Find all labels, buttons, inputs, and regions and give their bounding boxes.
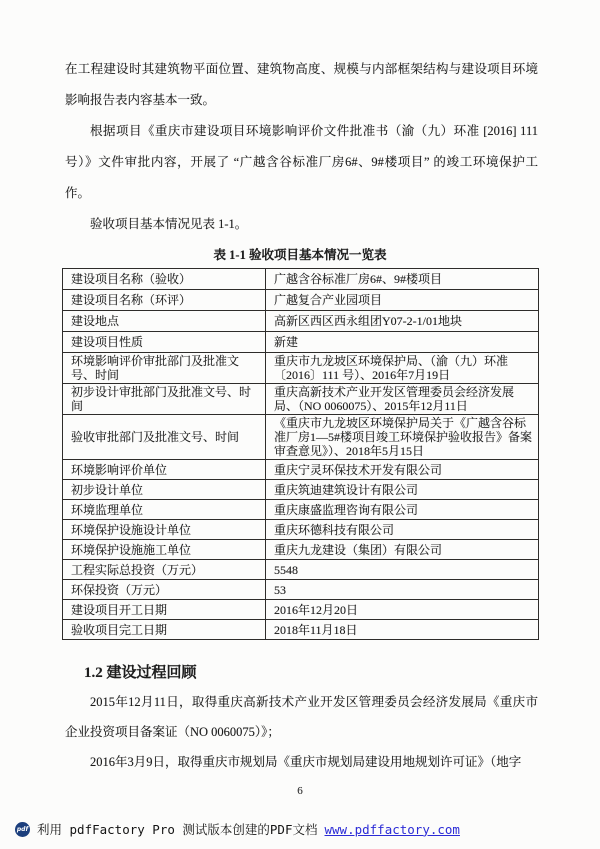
table-row-label: 初步设计单位 <box>63 480 266 500</box>
table-row-label: 工程实际总投资（万元） <box>63 560 266 580</box>
pdf-icon-label: pdf <box>17 826 28 833</box>
table-row: 验收审批部门及批准文号、时间 《重庆市九龙坡区环境保护局关于《广越含谷标准厂房1… <box>63 415 539 460</box>
table-row-value: 2018年11月18日 <box>266 620 539 640</box>
table-row-value: 重庆市九龙坡区环境保护局、（渝（九）环准〔2016〕111 号）、2016年7月… <box>266 353 539 384</box>
table-row: 验收项目完工日期 2018年11月18日 <box>63 620 539 640</box>
table-row: 环境影响评价审批部门及批准文号、时间 重庆市九龙坡区环境保护局、（渝（九）环准〔… <box>63 353 539 384</box>
table-row-label: 建设地点 <box>63 311 266 332</box>
table-row: 环保投资（万元） 53 <box>63 580 539 600</box>
intro-paragraphs: 在工程建设时其建筑物平面位置、建筑物高度、规模与内部框架结构与建设项目环境影响报… <box>65 54 538 240</box>
table-row-label: 建设项目名称（环评） <box>63 290 266 311</box>
table-row-label: 环境保护设施施工单位 <box>63 540 266 560</box>
table-row-label: 建设项目名称（验收） <box>63 269 266 290</box>
table-row-value: 53 <box>266 580 539 600</box>
table-title: 表 1-1 验收项目基本情况一览表 <box>62 245 538 263</box>
pdffactory-watermark: pdf 利用 pdfFactory Pro 测试版本创建的PDF文档 www.p… <box>15 820 460 838</box>
document-page: 在工程建设时其建筑物平面位置、建筑物高度、规模与内部框架结构与建设项目环境影响报… <box>0 0 600 849</box>
table-row-label: 初步设计审批部门及批准文号、时间 <box>63 384 266 415</box>
paragraph: 在工程建设时其建筑物平面位置、建筑物高度、规模与内部框架结构与建设项目环境影响报… <box>65 54 538 116</box>
table-row: 环境保护设施施工单位 重庆九龙建设（集团）有限公司 <box>63 540 539 560</box>
pdffactory-logo-icon: pdf <box>15 822 30 837</box>
table-row-label: 环保投资（万元） <box>63 580 266 600</box>
table-row-value: 高新区西区西永组团Y07-2-1/01地块 <box>266 311 539 332</box>
table-row-value: 《重庆市九龙坡区环境保护局关于《广越含谷标准厂房1—5#楼项目竣工环境保护验收报… <box>266 415 539 460</box>
table-row-label: 验收项目完工日期 <box>63 620 266 640</box>
table-row-value: 重庆康盛监理咨询有限公司 <box>266 500 539 520</box>
watermark-text: 利用 pdfFactory Pro 测试版本创建的PDF文档 <box>37 820 318 838</box>
table-row-label: 环境影响评价单位 <box>63 460 266 480</box>
section-paragraphs: 2015年12月11日，取得重庆高新技术产业开发区管理委员会经济发展局《重庆市企… <box>65 687 538 777</box>
table-row: 环境影响评价单位 重庆宁灵环保技术开发有限公司 <box>63 460 539 480</box>
table-row-value: 新建 <box>266 332 539 353</box>
table-row-value: 2016年12月20日 <box>266 600 539 620</box>
table-row: 建设项目性质 新建 <box>63 332 539 353</box>
table-row-value: 重庆环德科技有限公司 <box>266 520 539 540</box>
section-heading: 1.2 建设过程回顾 <box>84 665 197 682</box>
table-row-label: 环境保护设施设计单位 <box>63 520 266 540</box>
table-row-value: 广越含谷标准厂房6#、9#楼项目 <box>266 269 539 290</box>
paragraph: 2015年12月11日，取得重庆高新技术产业开发区管理委员会经济发展局《重庆市企… <box>65 687 538 747</box>
table-row-label: 验收审批部门及批准文号、时间 <box>63 415 266 460</box>
table-row-value: 重庆高新技术产业开发区管理委员会经济发展局、（NO 0060075）、2015年… <box>266 384 539 415</box>
table-row-label: 建设项目开工日期 <box>63 600 266 620</box>
table-row: 环境监理单位 重庆康盛监理咨询有限公司 <box>63 500 539 520</box>
table-row: 初步设计审批部门及批准文号、时间 重庆高新技术产业开发区管理委员会经济发展局、（… <box>63 384 539 415</box>
page-number: 6 <box>0 785 600 797</box>
table-row-value: 重庆筑迪建筑设计有限公司 <box>266 480 539 500</box>
pdffactory-link[interactable]: www.pdffactory.com <box>325 822 460 837</box>
table-row: 初步设计单位 重庆筑迪建筑设计有限公司 <box>63 480 539 500</box>
table-row: 工程实际总投资（万元） 5548 <box>63 560 539 580</box>
paragraph: 根据项目《重庆市建设项目环境影响评价文件批准书（渝（九）环准 [2016] 11… <box>65 116 538 209</box>
table-row-value: 广越复合产业园项目 <box>266 290 539 311</box>
table-row-label: 建设项目性质 <box>63 332 266 353</box>
table-row-value: 重庆九龙建设（集团）有限公司 <box>266 540 539 560</box>
table-row: 建设地点 高新区西区西永组团Y07-2-1/01地块 <box>63 311 539 332</box>
basic-info-table: 建设项目名称（验收） 广越含谷标准厂房6#、9#楼项目 建设项目名称（环评） 广… <box>62 268 539 640</box>
table-row: 建设项目开工日期 2016年12月20日 <box>63 600 539 620</box>
table-row-value: 5548 <box>266 560 539 580</box>
table-row-label: 环境影响评价审批部门及批准文号、时间 <box>63 353 266 384</box>
table-row: 建设项目名称（验收） 广越含谷标准厂房6#、9#楼项目 <box>63 269 539 290</box>
table-row-label: 环境监理单位 <box>63 500 266 520</box>
table-row: 建设项目名称（环评） 广越复合产业园项目 <box>63 290 539 311</box>
table-row-value: 重庆宁灵环保技术开发有限公司 <box>266 460 539 480</box>
table-row: 环境保护设施设计单位 重庆环德科技有限公司 <box>63 520 539 540</box>
paragraph: 2016年3月9日，取得重庆市规划局《重庆市规划局建设用地规划许可证》（地字 <box>65 747 538 777</box>
paragraph: 验收项目基本情况见表 1-1。 <box>65 209 538 240</box>
